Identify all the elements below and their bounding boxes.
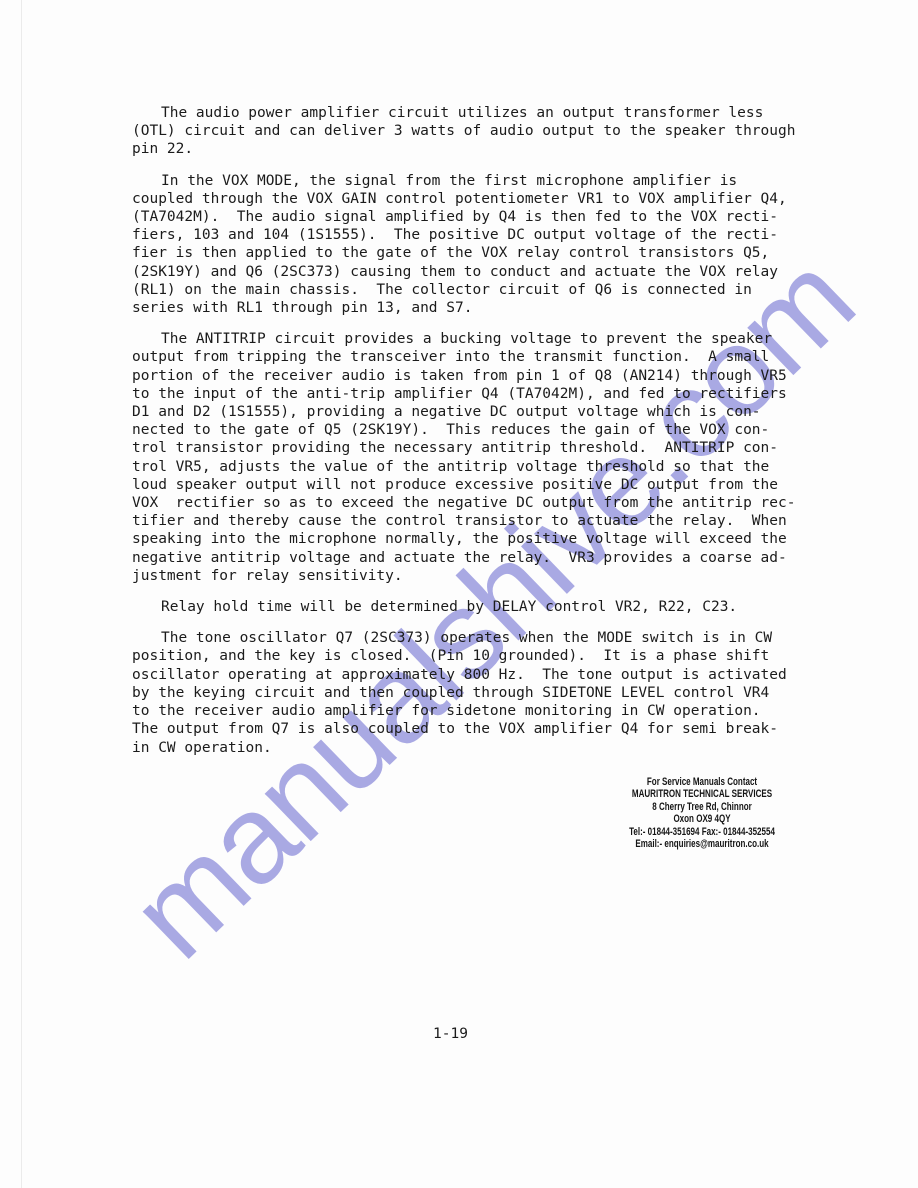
stamp-line-tel-fax: Tel:- 01844-351694 Fax:- 01844-352554 <box>622 826 783 838</box>
body-text: The audio power amplifier circuit utiliz… <box>132 104 832 770</box>
paragraph-antitrip-circuit: The ANTITRIP circuit provides a bucking … <box>132 330 832 585</box>
service-contact-stamp: For Service Manuals Contact MAURITRON TE… <box>622 776 783 850</box>
stamp-line-street: 8 Cherry Tree Rd, Chinnor <box>622 801 783 813</box>
stamp-line-town: Oxon OX9 4QY <box>622 813 783 825</box>
paragraph-vox-mode: In the VOX MODE, the signal from the fir… <box>132 172 832 318</box>
stamp-line-email: Email:- enquiries@mauritron.co.uk <box>622 838 783 850</box>
scan-edge-line <box>21 0 22 1188</box>
scanned-manual-page: manualshive.com The audio power amplifie… <box>0 0 918 1188</box>
stamp-line-heading: For Service Manuals Contact <box>622 776 783 788</box>
stamp-line-company: MAURITRON TECHNICAL SERVICES <box>622 788 783 800</box>
page-number: 1-19 <box>433 1025 468 1043</box>
paragraph-audio-power-amplifier: The audio power amplifier circuit utiliz… <box>132 104 832 159</box>
paragraph-relay-hold-time: Relay hold time will be determined by DE… <box>132 598 832 616</box>
paragraph-tone-oscillator: The tone oscillator Q7 (2SC373) operates… <box>132 629 832 756</box>
